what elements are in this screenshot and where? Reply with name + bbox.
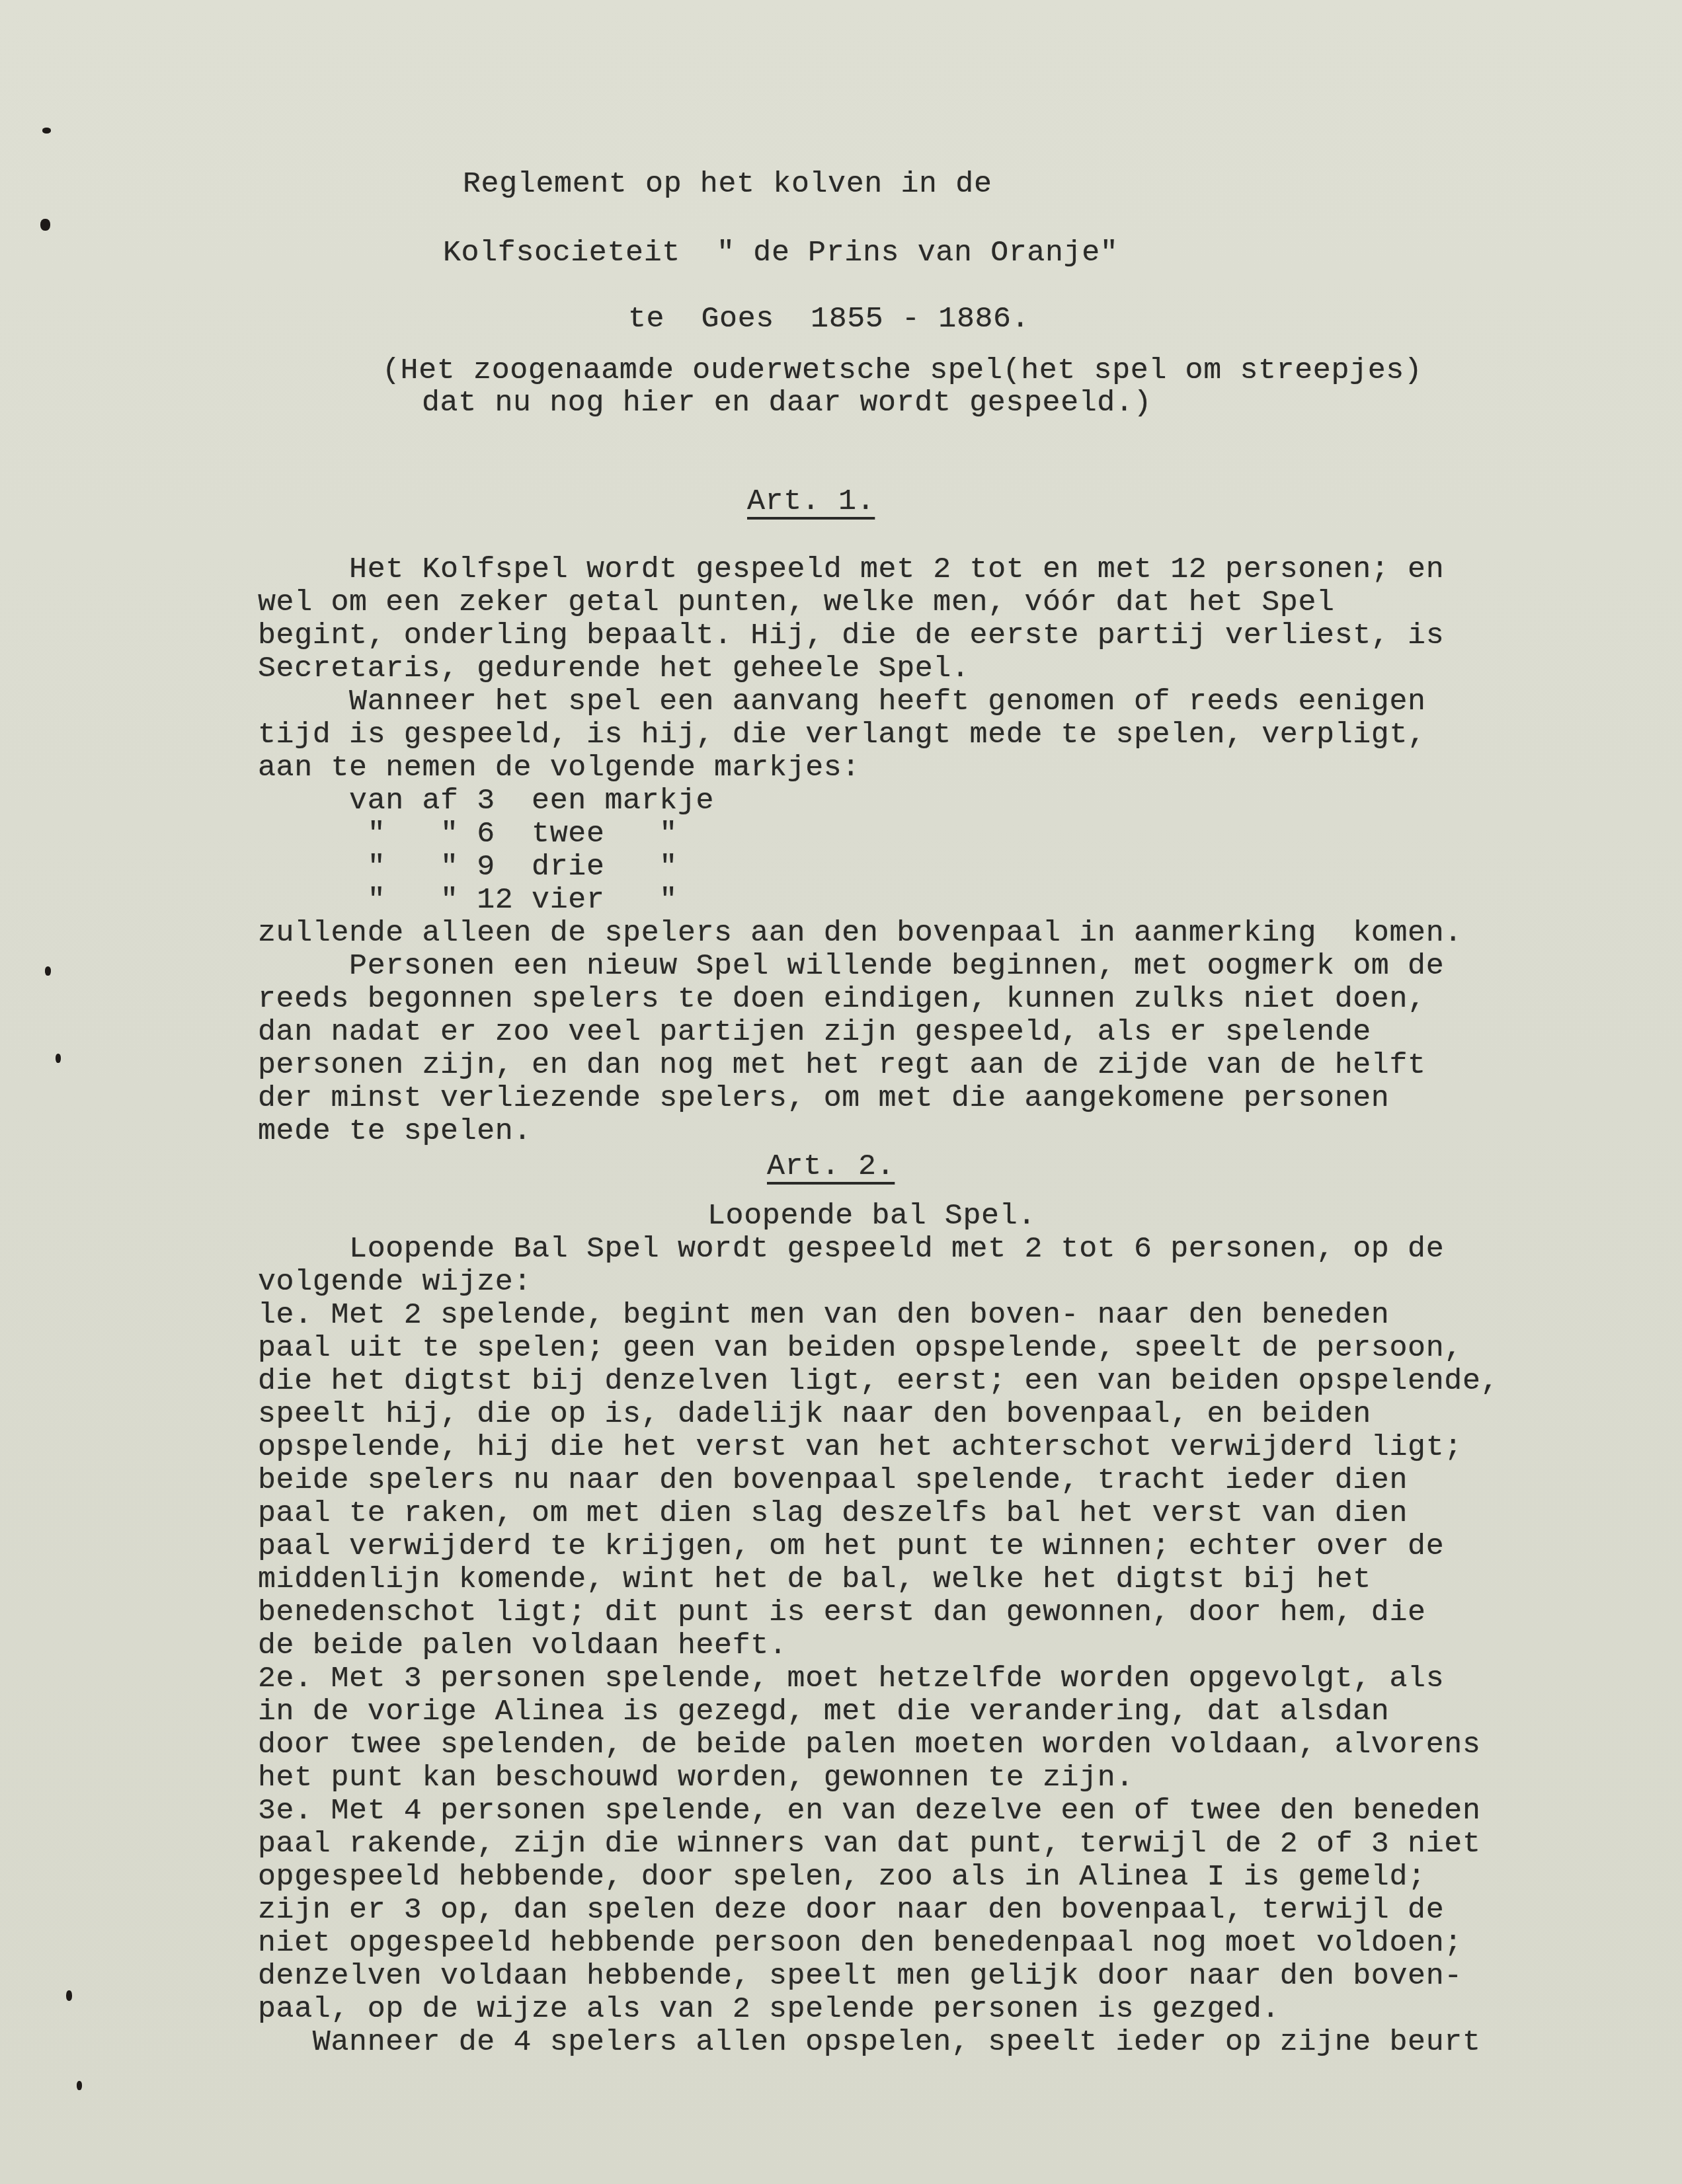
text-line: opgespeeld hebbende, door spelen, zoo al… xyxy=(258,1861,1426,1894)
text-line: paal, op de wijze als van 2 spelende per… xyxy=(258,1993,1280,2026)
text-line: volgende wijze: xyxy=(258,1266,532,1299)
text-line: beide spelers nu naar den bovenpaal spel… xyxy=(258,1464,1408,1497)
article-1-heading: Art. 1. xyxy=(747,485,875,518)
text-line: zullende alleen de spelers aan den boven… xyxy=(258,917,1462,950)
text-line: paal rakende, zijn die winners van dat p… xyxy=(258,1828,1481,1861)
title-line-1: Reglement op het kolven in de xyxy=(463,168,992,201)
markje-table-row: " " 6 twee " xyxy=(258,818,678,851)
text-line: Het Kolfspel wordt gespeeld met 2 tot en… xyxy=(258,553,1444,586)
text-line: Personen een nieuw Spel willende beginne… xyxy=(258,950,1444,983)
text-line: der minst verliezende spelers, om met di… xyxy=(258,1082,1389,1115)
markje-table-row: " " 9 drie " xyxy=(258,851,678,884)
text-line: speelt hij, die op is, dadelijk naar den… xyxy=(258,1398,1371,1431)
text-line: dan nadat er zoo veel partijen zijn gesp… xyxy=(258,1016,1371,1049)
text-line: die het digtst bij denzelven ligt, eerst… xyxy=(258,1365,1499,1398)
text-line: benedenschot ligt; dit punt is eerst dan… xyxy=(258,1596,1426,1629)
markje-table-row: " " 12 vier " xyxy=(258,884,678,917)
text-line: paal te raken, om met dien slag deszelfs… xyxy=(258,1497,1408,1530)
article-2-subheading: Loopende bal Spel. xyxy=(707,1200,1036,1233)
text-line: Loopende Bal Spel wordt gespeeld met 2 t… xyxy=(258,1233,1444,1266)
text-line: Secretaris, gedurende het geheele Spel. xyxy=(258,652,970,685)
text-line: le. Met 2 spelende, begint men van den b… xyxy=(258,1299,1389,1332)
text-line: paal uit te spelen; geen van beiden opsp… xyxy=(258,1332,1462,1365)
title-line-3: te Goes 1855 - 1886. xyxy=(628,303,1029,336)
text-line: Wanneer de 4 spelers allen opspelen, spe… xyxy=(258,2026,1481,2059)
text-line: het punt kan beschouwd worden, gewonnen … xyxy=(258,1762,1134,1795)
text-line: middenlijn komende, wint het de bal, wel… xyxy=(258,1563,1371,1596)
text-line: Wanneer het spel een aanvang heeft genom… xyxy=(258,685,1426,719)
margin-mark xyxy=(66,1990,72,2001)
text-line: in de vorige Alinea is gezegd, met die v… xyxy=(258,1696,1389,1729)
text-line: door twee spelenden, de beide palen moet… xyxy=(258,1729,1481,1762)
text-line: mede te spelen. xyxy=(258,1115,532,1148)
text-line: 2e. Met 3 personen spelende, moet hetzel… xyxy=(258,1662,1444,1696)
document-page: Reglement op het kolven in de Kolfsociet… xyxy=(0,0,1682,2184)
subtitle-line-1: (Het zoogenaamde ouderwetsche spel(het s… xyxy=(382,354,1422,387)
markje-table-row: van af 3 een markje xyxy=(258,785,714,818)
margin-mark xyxy=(42,128,51,134)
article-2-heading: Art. 2. xyxy=(767,1150,895,1183)
text-line: paal verwijderd te krijgen, om het punt … xyxy=(258,1530,1444,1563)
subtitle-line-2: dat nu nog hier en daar wordt gespeeld.) xyxy=(422,387,1152,420)
margin-mark xyxy=(40,219,50,231)
text-line: 3e. Met 4 personen spelende, en van deze… xyxy=(258,1795,1481,1828)
text-line: reeds begonnen spelers te doen eindigen,… xyxy=(258,983,1426,1016)
title-line-2: Kolfsocieteit " de Prins van Oranje" xyxy=(443,237,1118,270)
text-line: zijn er 3 op, dan spelen deze door naar … xyxy=(258,1894,1444,1927)
margin-mark xyxy=(45,966,51,976)
text-line: tijd is gespeeld, is hij, die verlangt m… xyxy=(258,719,1426,752)
text-line: personen zijn, en dan nog met het regt a… xyxy=(258,1049,1426,1082)
text-line: denzelven voldaan hebbende, speelt men g… xyxy=(258,1960,1462,1993)
text-line: begint, onderling bepaalt. Hij, die de e… xyxy=(258,619,1444,652)
text-line: de beide palen voldaan heeft. xyxy=(258,1629,787,1662)
text-line: opspelende, hij die het verst van het ac… xyxy=(258,1431,1462,1464)
text-line: niet opgespeeld hebbende persoon den ben… xyxy=(258,1927,1462,1960)
text-line: wel om een zeker getal punten, welke men… xyxy=(258,586,1335,619)
margin-mark xyxy=(56,1054,61,1063)
margin-mark xyxy=(77,2081,82,2090)
text-line: aan te nemen de volgende markjes: xyxy=(258,752,860,785)
